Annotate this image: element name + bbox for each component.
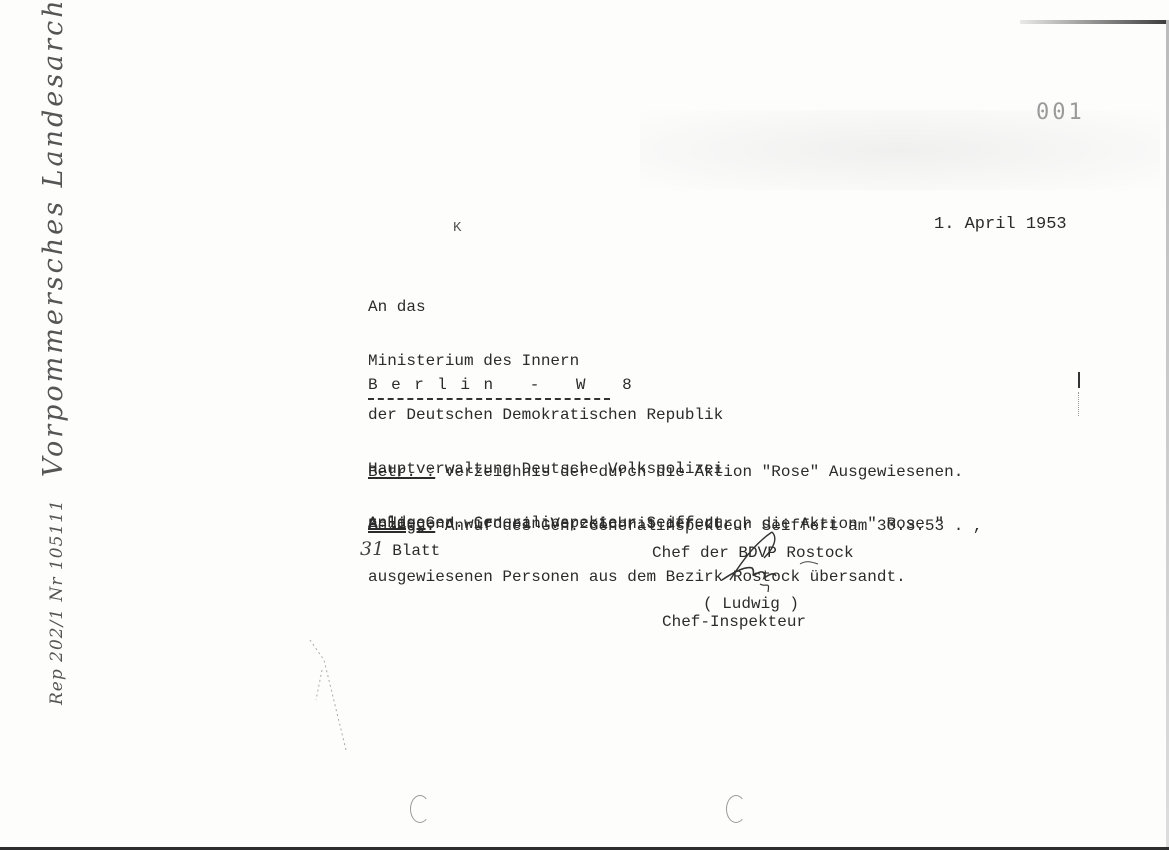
address-line: der Deutschen Demokratischen Republik: [368, 406, 723, 424]
punch-hole-left: [410, 795, 430, 823]
scanned-letter-page: Rep 202/1 Nr 105111 Vorpommersches Lande…: [0, 0, 1169, 850]
archive-handwritten-note: Rep 202/1 Nr 105111 Vorpommersches Lande…: [38, 0, 69, 705]
body-line: Anliegend wird ein Verzeichnis der durch…: [368, 515, 944, 532]
enclosure-count: 31Blatt: [360, 540, 440, 560]
enclosure-label: Anlage: [368, 514, 426, 532]
handwritten-signature: [700, 528, 840, 598]
margin-tick-mark: [1078, 372, 1080, 388]
pencil-stray-mark: [300, 640, 360, 760]
letter-date: 1. April 1953: [934, 216, 1067, 234]
scan-edge-top: [1020, 20, 1169, 24]
address-line: An das: [368, 298, 723, 316]
archive-reference: Rep 202/1 Nr 105111: [47, 499, 67, 705]
punch-hole-right: [726, 795, 746, 823]
body-line: ausgewiesenen Personen aus dem Bezirk Ro…: [368, 568, 944, 585]
enclosure-unit: Blatt: [392, 542, 440, 560]
city-underline: [368, 398, 610, 400]
page-number-stamp: 001: [1036, 100, 1085, 125]
signer-name: ( Ludwig ): [703, 595, 799, 613]
margin-dotted-line: [1078, 392, 1079, 416]
signer-rank: Chef-Inspekteur: [662, 613, 806, 631]
archive-name: Vorpommersches Landesarchiv: [38, 0, 69, 477]
enclosure-count-handwritten: 31: [360, 538, 384, 560]
typed-mark: K: [453, 219, 461, 237]
recipient-city: Berlin - W 8: [368, 376, 645, 394]
address-line: Ministerium des Innern: [368, 352, 723, 370]
